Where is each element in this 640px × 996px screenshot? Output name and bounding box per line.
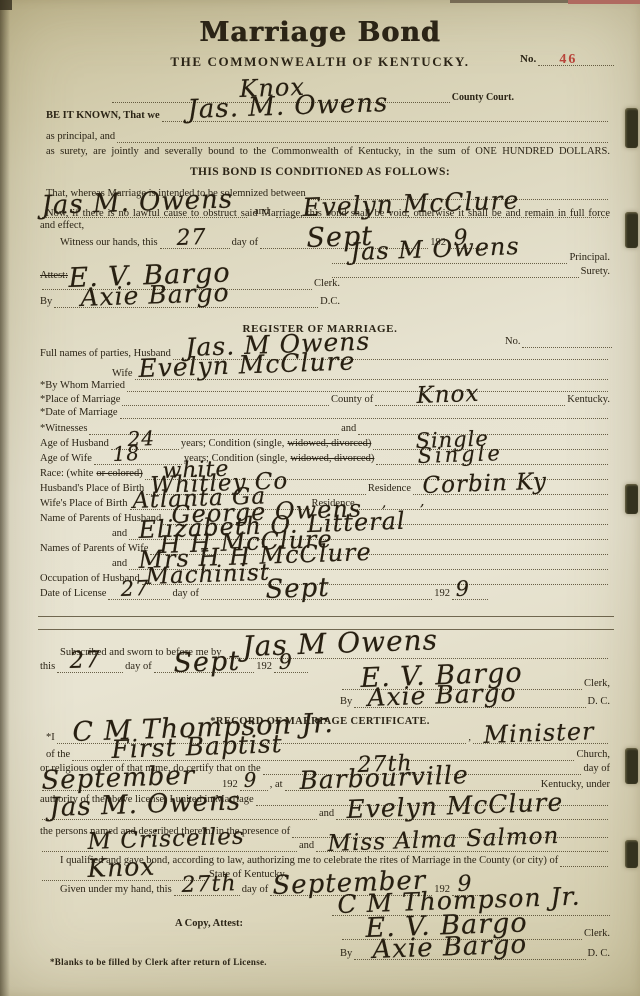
bond-no-line: 46 — [538, 63, 614, 66]
conditioned-heading: THIS BOND IS CONDITIONED AS FOLLOWS: — [190, 166, 450, 179]
occupation-label: Occupation of Husband — [40, 573, 140, 585]
cert-groom-line: Jas M. Owens — [42, 817, 317, 820]
bond-no-value: 46 — [559, 52, 577, 68]
husband-residence-label: Residence — [368, 483, 411, 495]
surety-signature-line — [332, 275, 579, 278]
subscribed-label: Subscribed and sworn to before me by — [60, 647, 222, 659]
footer-note: *Blanks to be filled by Clerk after retu… — [50, 957, 267, 967]
years-condition-label-2: years; Condition (single, — [184, 453, 288, 465]
given-year-handwriting: 9 — [458, 871, 474, 897]
parents-husband-label: Name of Parents of Husband — [40, 513, 161, 525]
witness2-line — [358, 432, 608, 435]
sworn-day-line: 27 — [57, 670, 123, 673]
day-line: 27 — [160, 246, 230, 249]
witness-hands-label: Witness our hands, this — [60, 237, 158, 249]
cert-place-line: Barbourville — [285, 788, 539, 791]
principal-name-line: Jas. M. Owens — [162, 119, 608, 122]
page-left-shadow — [0, 0, 10, 996]
mother-husband-line: Elizabeth O. Litteral — [129, 537, 608, 540]
minister-signature-line: C M Thompson Jr. — [332, 913, 610, 916]
cert-month-line: September — [42, 788, 220, 791]
wife-birth-line: Atlanta Ga — [130, 507, 310, 510]
sworn-year-line: 9 — [274, 670, 308, 673]
by-label: By — [40, 296, 52, 308]
section-divider — [38, 616, 614, 617]
marriage-bond-document: Marriage Bond THE COMMONWEALTH OF KENTUC… — [0, 0, 640, 996]
struck-or-colored: or colored) — [96, 468, 142, 480]
cert-day-of-label: day of — [583, 763, 610, 775]
certify-clause: or religious order of that name, do cert… — [40, 763, 261, 775]
binding-hole — [625, 840, 638, 868]
document-title: Marriage Bond — [199, 17, 440, 48]
cert-witnesses-and-label: and — [299, 840, 314, 852]
scan-top-red-edge — [568, 0, 640, 4]
license-label: Date of License — [40, 588, 106, 600]
sworn-by-label: By — [340, 696, 352, 708]
given-day-line: 27th — [174, 893, 240, 896]
at-label: , at — [270, 779, 283, 791]
clerk-signature-line: E. V. Bargo — [42, 287, 312, 290]
struck-widowed-divorced: widowed, divorced) — [287, 438, 371, 450]
cert-bride-line: Evelyn McClure — [336, 817, 608, 820]
void-clause: Now, if there is no lawful cause to obst… — [46, 208, 610, 220]
given-label: Given under my hand, this — [60, 884, 172, 896]
license-month-line: Sept — [201, 597, 432, 600]
license-day-of-label: day of — [172, 588, 199, 600]
parents-wife-and-label: and — [112, 558, 127, 570]
witnesses-label: *Witnesses — [40, 423, 87, 435]
age-wife-label: Age of Wife — [40, 453, 92, 465]
occupation-line: Machinist — [142, 582, 608, 585]
husband-name-line: Jas. M Owens — [173, 357, 608, 360]
sworn-clerk-line: E. V. Bargo — [342, 687, 582, 690]
day-of-label: day of — [232, 237, 259, 249]
father-husband-line: George Owens — [163, 522, 608, 525]
age-husband-label: Age of Husband — [40, 438, 109, 450]
date-of-marriage-line — [120, 416, 608, 419]
sworn-clerk-label: Clerk, — [584, 678, 610, 690]
parents-wife-label: Names of Parents of Wife — [40, 543, 148, 555]
husband-birth-line: Whitley Co — [146, 492, 366, 495]
by-whom-married-label: *By Whom Married — [40, 380, 125, 392]
date-of-marriage-label: *Date of Marriage — [40, 407, 118, 419]
race-line: white — [145, 477, 608, 480]
condition-wife-line: Single — [376, 462, 608, 465]
state-of-kentucky-label: State of Kentucky. — [209, 869, 287, 881]
section-divider — [38, 629, 614, 630]
register-heading: REGISTER OF MARRIAGE. — [243, 323, 398, 336]
copy-by-label: By — [340, 948, 352, 960]
certificate-heading: *RECORD OF MARRIAGE CERTIFICATE. — [210, 716, 430, 728]
cert-year-printed: 192 — [222, 779, 238, 791]
county-handwriting: Knox — [239, 74, 305, 104]
license-day-line: 27 — [108, 597, 170, 600]
commonwealth-heading: THE COMMONWEALTH OF KENTUCKY. — [170, 55, 469, 70]
surety-name-line — [117, 140, 608, 143]
clerk-label: Clerk. — [314, 278, 340, 290]
binding-hole — [625, 212, 638, 248]
clerk-signature-handwriting: E. V. Bargo — [68, 257, 231, 294]
surety-label: Surety. — [581, 266, 610, 278]
deputy-signature-line: Axie Bargo — [54, 305, 318, 308]
sworn-this-label: this — [40, 661, 55, 673]
given-year-line: 9 — [452, 893, 488, 896]
cert-day-line: 27th — [263, 772, 582, 775]
struck-widowed-divorced-2: widowed, divorced) — [290, 453, 374, 465]
certificate-i-label: *I — [46, 732, 55, 744]
scan-corner-mark — [0, 0, 12, 10]
county-line: Knox — [112, 100, 450, 103]
license-year-printed: 192 — [434, 588, 450, 600]
wife-birth-label: Wife's Place of Birth — [40, 498, 128, 510]
license-year-line: 9 — [452, 597, 488, 600]
copy-dc-label: D. C. — [588, 948, 610, 960]
husband-birth-label: Husband's Place of Birth — [40, 483, 144, 495]
comma-label: , — [468, 732, 471, 744]
binding-hole — [625, 748, 638, 784]
given-day-of-label: day of — [242, 884, 269, 896]
sworn-year-printed: 192 — [256, 661, 272, 673]
age-husband-line: 24 — [111, 447, 179, 450]
copy-deputy-line: Axie Bargo — [354, 957, 585, 960]
copy-attest-label: A Copy, Attest: — [175, 918, 243, 930]
age-wife-line: 18 — [94, 462, 182, 465]
cert-and-label: and — [319, 808, 334, 820]
county-court-label: County Court. — [452, 92, 514, 104]
kentucky-under-label: Kentucky, under — [541, 779, 610, 791]
given-year-printed: 192 — [434, 884, 450, 896]
condition-husband-line: Single — [373, 447, 608, 450]
be-it-known-label: BE IT KNOWN, That we — [46, 110, 160, 122]
bond-no-label: No. — [520, 53, 536, 66]
sworn-clerk-handwriting: E. V. Bargo — [360, 657, 523, 694]
dc-label: D.C. — [320, 296, 340, 308]
copy-clerk-line: E. V. Bargo — [342, 937, 582, 940]
of-the-label: of the — [46, 749, 70, 761]
binding-hole — [625, 108, 638, 148]
and-effect-label: and effect, — [40, 220, 84, 232]
witness1-line — [89, 432, 339, 435]
husband-residence-line: Corbin Ky — [413, 492, 608, 495]
sworn-dc-label: D. C. — [588, 696, 610, 708]
surety-clause: as surety, are jointly and severally bou… — [46, 146, 610, 158]
copy-clerk-label: Clerk. — [584, 928, 610, 940]
as-principal-label: as principal, and — [46, 131, 115, 143]
wife-residence-line: , , — [357, 507, 608, 510]
father-wife-line: H H McClure — [150, 552, 608, 555]
race-label: Race: (white — [40, 468, 93, 480]
church-label: Church, — [576, 749, 610, 761]
cert-witness2-line: Miss Alma Salmon — [316, 849, 608, 852]
day-handwriting: 27 — [176, 225, 207, 251]
minister-name-line: C M Thompson Jr. — [57, 741, 467, 744]
wife-residence-label: Residence — [312, 498, 355, 510]
qualified-line — [560, 864, 608, 867]
mother-wife-line: Mrs H H McClure — [129, 567, 608, 570]
minister-title-line: Minister — [473, 741, 608, 744]
full-names-label: Full names of parties, Husband — [40, 348, 171, 360]
whereas-clause: That, whereas Marriage is intended to be… — [46, 188, 306, 200]
cert-witness1-line: M Criscelles — [42, 849, 297, 852]
years-condition-label: years; Condition (single, — [181, 438, 285, 450]
witnesses-and-label: and — [341, 423, 356, 435]
wife-residence-ditto-handwriting: , , — [381, 493, 425, 511]
cert-year-line: 9 — [240, 788, 268, 791]
parents-husband-and-label: and — [112, 528, 127, 540]
sworn-day-of-label: day of — [125, 661, 152, 673]
binding-hole — [625, 484, 638, 514]
sworn-deputy-line: Axie Bargo — [354, 705, 585, 708]
sworn-month-line: Sept — [154, 670, 255, 673]
given-month-line: September — [270, 893, 432, 896]
